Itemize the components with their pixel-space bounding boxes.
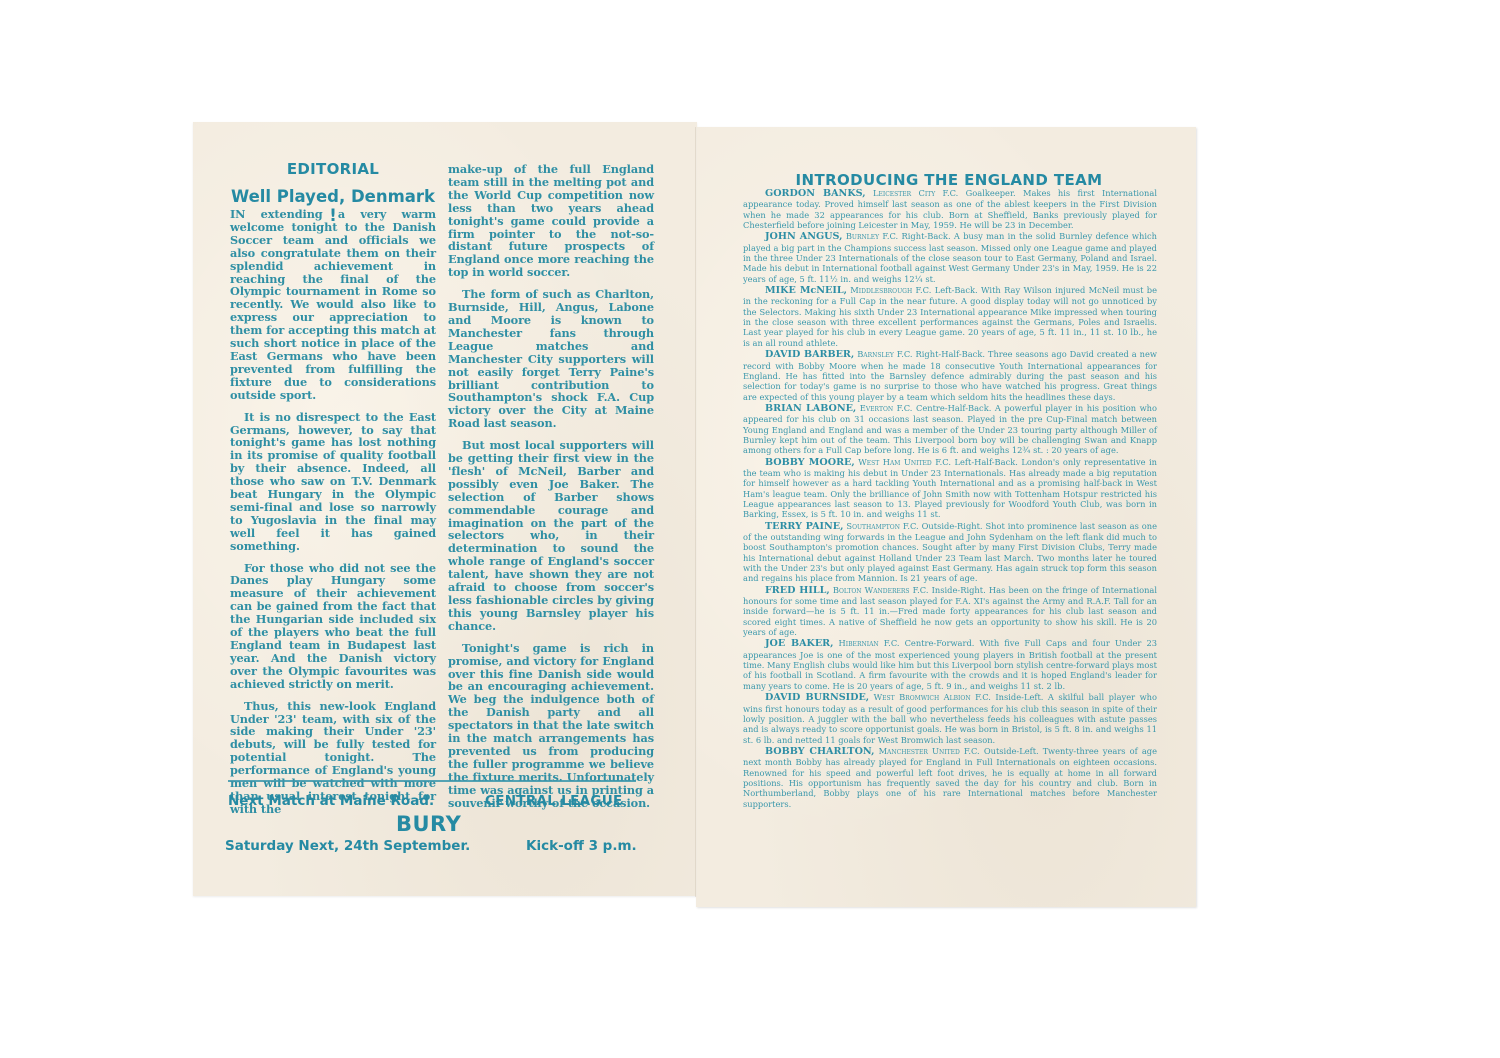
opponent-name: BURY [396,812,461,836]
editorial-paragraph: The form of such as Charlton, Burnside, … [448,288,654,430]
player-club: Middlesbrough F.C. [850,285,931,295]
player-name: TERRY PAINE, [765,521,843,532]
player-name: JOHN ANGUS, [765,231,842,242]
editorial-paragraph: make-up of the full England team still i… [448,163,654,279]
editorial-paragraph: Tonight's game is rich in promise, and v… [448,642,654,810]
player-club: Bolton Wanderers F.C. [833,585,929,595]
player-name: FRED HILL, [765,585,830,596]
kickoff-time: Kick-off 3 p.m. [526,838,637,854]
player-club: Everton F.C. [860,403,913,413]
player-bio: BOBBY MOORE, West Ham United F.C. Left-H… [743,457,1157,520]
player-bio: BRIAN LABONE, Everton F.C. Centre-Half-B… [743,403,1157,456]
editorial-paragraph: But most local supporters will be gettin… [448,439,654,633]
player-club: Manchester United F.C. [879,746,980,756]
player-bio: JOHN ANGUS, Burnley F.C. Right-Back. A b… [743,231,1157,284]
league-label: CENTRAL LEAGUE [485,793,623,809]
player-club: Barnsley F.C. [857,349,912,359]
player-bio: BOBBY CHARLTON, Manchester United F.C. O… [743,746,1157,809]
player-bio: JOE BAKER, Hibernian F.C. Centre-Forward… [743,638,1157,691]
player-bio: DAVID BARBER, Barnsley F.C. Right-Half-B… [743,349,1157,402]
editorial-label: EDITORIAL [230,160,436,178]
player-club: Burnley F.C. [846,231,898,241]
player-name: BOBBY MOORE, [765,457,855,468]
player-bios: GORDON BANKS, Leicester City F.C. Goalke… [743,188,1157,810]
player-name: MIKE McNEIL, [765,285,847,296]
next-match-text: Next Match at Maine Road. [228,793,434,809]
team-section-title: INTRODUCING THE ENGLAND TEAM [736,171,1162,189]
player-bio: GORDON BANKS, Leicester City F.C. Goalke… [743,188,1157,230]
player-name: GORDON BANKS, [765,188,866,199]
player-club: Hibernian F.C. [839,638,900,648]
editorial-paragraph: It is no disrespect to the East Germans,… [230,411,436,553]
player-name: DAVID BARBER, [765,349,854,360]
player-club: Leicester City F.C. [873,188,958,198]
player-bio: DAVID BURNSIDE, West Bromwich Albion F.C… [743,692,1157,745]
player-club: West Ham United F.C. [858,457,951,467]
match-date: Saturday Next, 24th September. [225,838,470,854]
player-club: Southampton F.C. [846,521,918,531]
player-name: BOBBY CHARLTON, [765,746,874,757]
player-name: BRIAN LABONE, [765,403,856,414]
editorial-column-1: IN extending a very warm welcome tonight… [230,208,436,825]
editorial-column-2: make-up of the full England team still i… [448,163,654,819]
editorial-paragraph: IN extending a very warm welcome tonight… [230,208,436,402]
editorial-paragraph: For those who did not see the Danes play… [230,562,436,691]
player-bio: MIKE McNEIL, Middlesbrough F.C. Left-Bac… [743,285,1157,348]
player-bio: TERRY PAINE, Southampton F.C. Outside-Ri… [743,521,1157,584]
player-bio: FRED HILL, Bolton Wanderers F.C. Inside-… [743,585,1157,638]
player-club: West Bromwich Albion F.C. [874,692,991,702]
player-name: DAVID BURNSIDE, [765,692,869,703]
centre-fold [695,127,697,897]
player-name: JOE BAKER, [765,638,833,649]
footer-divider [228,780,636,782]
